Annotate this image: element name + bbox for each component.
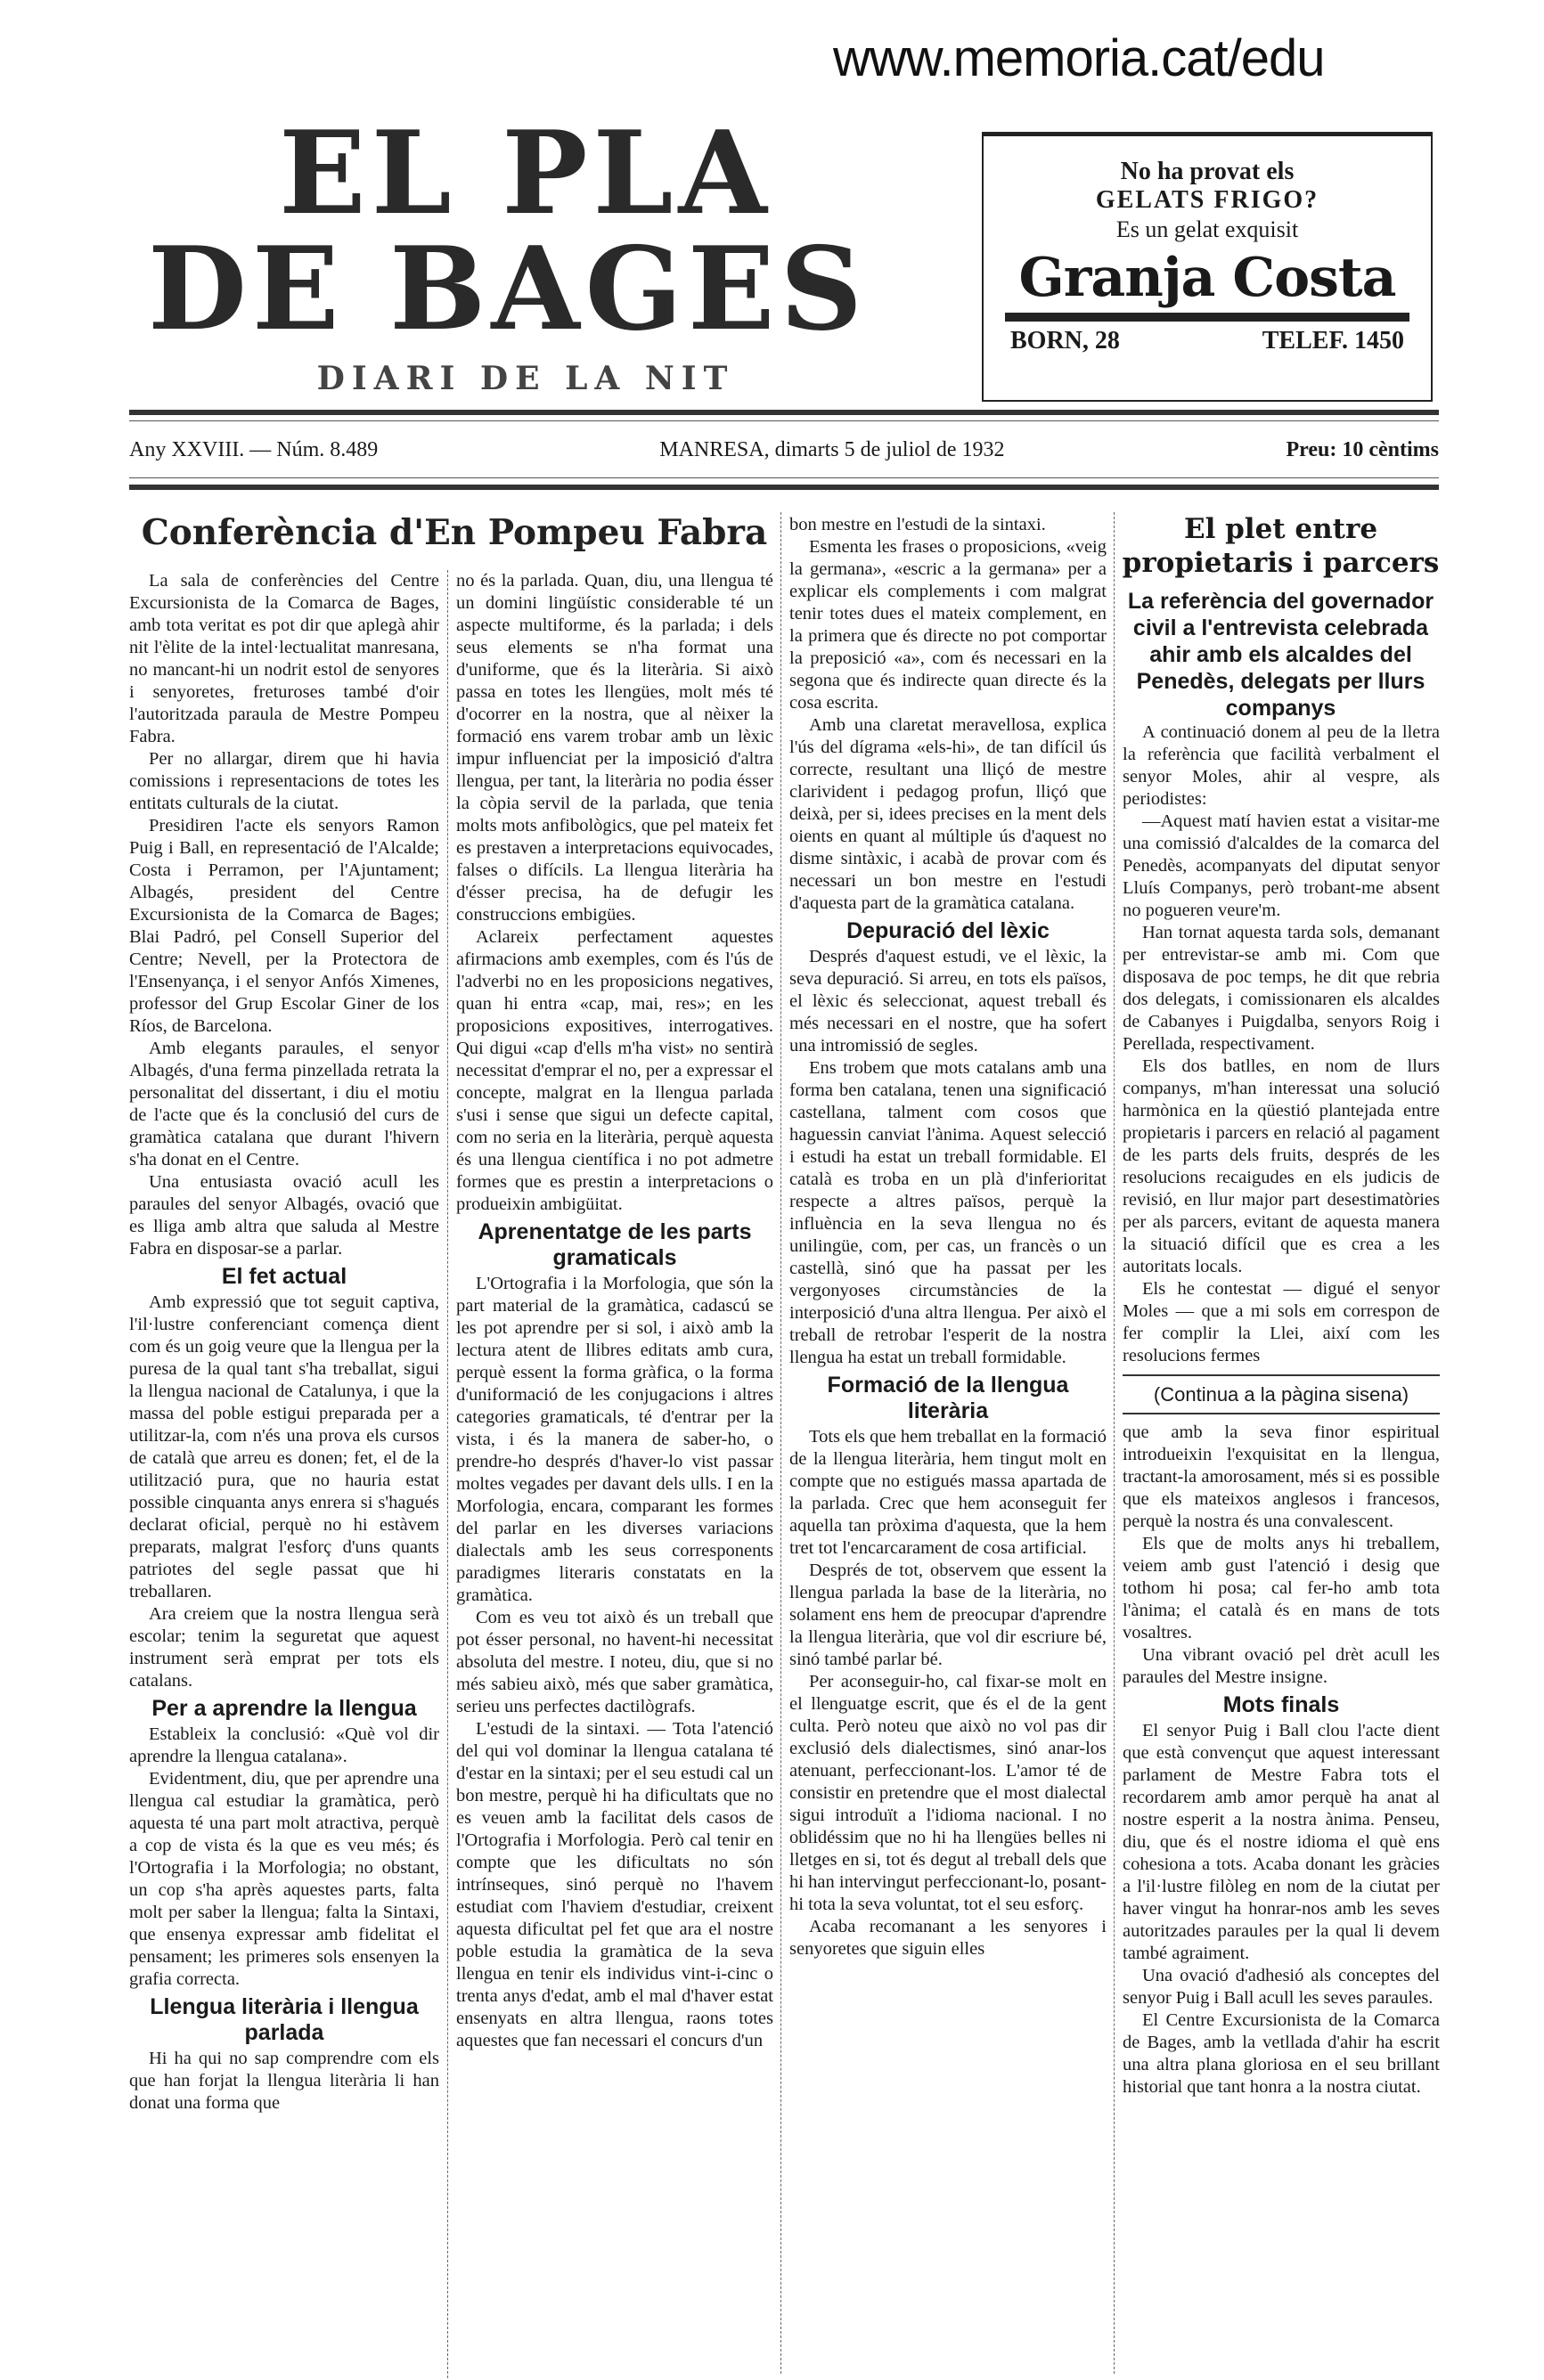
article-column-1: La sala de conferències del Centre Excur… (129, 570, 439, 2115)
article-column-2: no és la parlada. Quan, diu, una llengua… (456, 570, 773, 2052)
ad-line3: Es un gelat exquisit (984, 216, 1431, 243)
article-column-4: A continuació donem al peu de la lletra … (1123, 721, 1440, 2099)
section-heading: Per a aprendre la llengua (129, 1696, 439, 1722)
section-heading: Formació de la llengua literària (789, 1373, 1107, 1424)
paragraph: Aclareix perfectament aquestes afirmacio… (456, 926, 773, 1216)
issue-number: Any XXVIII. — Núm. 8.489 (129, 438, 378, 462)
masthead-title-line2: DE BAGES (116, 232, 900, 347)
column-divider (780, 512, 781, 2374)
section-heading: El fet actual (129, 1264, 439, 1290)
column-divider (447, 570, 448, 2378)
paragraph: Han tornat aquesta tarda sols, demanant … (1123, 922, 1440, 1056)
section-heading: Mots finals (1123, 1692, 1440, 1718)
paragraph: A continuació donem al peu de la lletra … (1123, 721, 1440, 811)
section-heading: Aprenentatge de les parts gramaticals (456, 1219, 773, 1271)
masthead-rule-top (129, 410, 1439, 415)
paragraph: Estableix la conclusió: «Què vol dir apr… (129, 1724, 439, 1768)
paragraph: Esmenta les frases o proposicions, «veig… (789, 536, 1107, 714)
paragraph: Hi ha qui no sap comprendre com els que … (129, 2048, 439, 2115)
paragraph: Una ovació d'adhesió als conceptes del s… (1123, 1965, 1440, 2009)
paragraph: —Aquest matí havien estat a visitar-me u… (1123, 811, 1440, 922)
paragraph: no és la parlada. Quan, diu, una llengua… (456, 570, 773, 926)
paragraph: L'Ortografia i la Morfologia, que són la… (456, 1273, 773, 1607)
paragraph: Presidiren l'acte els senyors Ramon Puig… (129, 815, 439, 1038)
paragraph: Una entusiasta ovació acull les paraules… (129, 1171, 439, 1260)
paragraph: Amb elegants paraules, el senyor Albagés… (129, 1038, 439, 1171)
ad-brand: Granja Costa (984, 247, 1431, 309)
paragraph: Els he contestat — digué el senyor Moles… (1123, 1278, 1440, 1367)
paragraph: L'estudi de la sintaxi. — Tota l'atenció… (456, 1718, 773, 2052)
paragraph: Com es veu tot això és un treball que po… (456, 1607, 773, 1718)
paragraph: Després d'aquest estudi, ve el lèxic, la… (789, 946, 1107, 1057)
ad-address: BORN, 28 (1010, 327, 1120, 355)
ad-divider (1005, 313, 1409, 322)
price: Preu: 10 cèntims (1286, 438, 1439, 462)
dateline-rule-thick (129, 485, 1439, 490)
paragraph: Ens trobem que mots catalans amb una for… (789, 1057, 1107, 1369)
column-divider (1114, 512, 1115, 2374)
dateline-rule-thin (129, 477, 1439, 478)
masthead-subtitle: DIARI DE LA NIT (151, 360, 900, 397)
ad-phone: TELEF. 1450 (1262, 327, 1404, 355)
paragraph: El Centre Excursionista de la Comarca de… (1123, 2009, 1440, 2099)
paragraph: Després de tot, observem que essent la l… (789, 1560, 1107, 1671)
paragraph: Evidentment, diu, que per aprendre una l… (129, 1768, 439, 1991)
continued-notice: (Continua a la pàgina sisena) (1123, 1374, 1440, 1414)
paragraph: Per no allargar, direm que hi havia comi… (129, 748, 439, 815)
ad-line1: No ha provat els (984, 158, 1431, 186)
watermark-url: www.memoria.cat/edu (833, 29, 1325, 88)
article-column-3: bon mestre en l'estudi de la sintaxi. Es… (789, 514, 1107, 1960)
paragraph: que amb la seva finor espiritual introdu… (1123, 1422, 1440, 1533)
paragraph: Una vibrant ovació pel drèt acull les pa… (1123, 1644, 1440, 1689)
article-headline-plet: El plet entre propietaris i parcers (1118, 512, 1443, 580)
paragraph: Els dos batlles, en nom de llurs company… (1123, 1056, 1440, 1278)
ad-line2: GELATS FRIGO? (984, 186, 1431, 215)
place-date: MANRESA, dimarts 5 de juliol de 1932 (659, 438, 1004, 462)
paragraph: La sala de conferències del Centre Excur… (129, 570, 439, 748)
section-heading: Depuració del lèxic (789, 918, 1107, 944)
paragraph: Tots els que hem treballat en la formaci… (789, 1426, 1107, 1560)
paragraph: Amb expressió que tot seguit captiva, l'… (129, 1292, 439, 1603)
article-headline-fabra: Conferència d'En Pompeu Fabra (129, 512, 780, 553)
paragraph: Els que de molts anys hi treballem, veie… (1123, 1533, 1440, 1644)
paragraph: Amb una claretat meravellosa, explica l'… (789, 714, 1107, 915)
ad-contact: BORN, 28 TELEF. 1450 (984, 327, 1431, 355)
paragraph: bon mestre en l'estudi de la sintaxi. (789, 514, 1107, 536)
paragraph: El senyor Puig i Ball clou l'acte dient … (1123, 1720, 1440, 1965)
article-subheadline-plet: La referència del governador civil a l'e… (1118, 588, 1443, 721)
paragraph: Acaba recomanant a les senyores i senyor… (789, 1916, 1107, 1960)
newspaper-masthead: EL PLA DE BAGES DIARI DE LA NIT (151, 116, 900, 397)
paragraph: Per aconseguir-ho, cal fixar-se molt en … (789, 1671, 1107, 1916)
advertisement-box: No ha provat els GELATS FRIGO? Es un gel… (982, 132, 1433, 402)
dateline: Any XXVIII. — Núm. 8.489 MANRESA, dimart… (129, 438, 1439, 462)
paragraph: Ara creiem que la nostra llengua serà es… (129, 1603, 439, 1692)
masthead-rule-thin (129, 420, 1439, 421)
section-heading: Llengua literària i llengua parlada (129, 1994, 439, 2046)
masthead-title-line1: EL PLA (151, 116, 900, 232)
